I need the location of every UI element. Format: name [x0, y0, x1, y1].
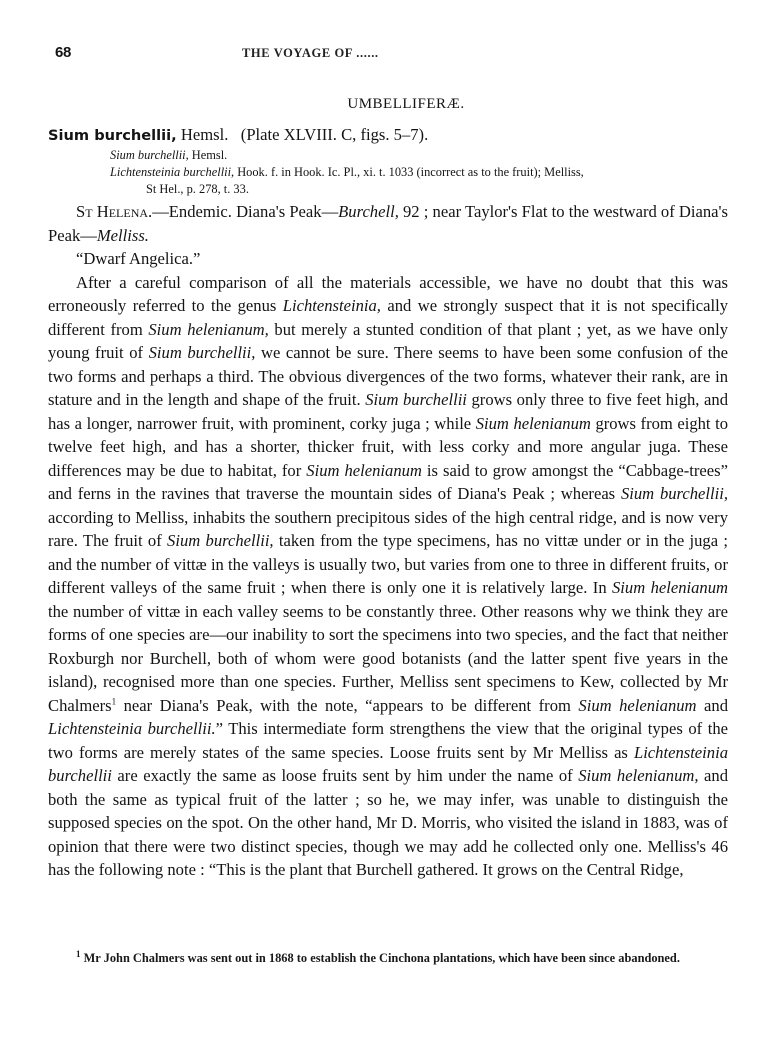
synonym-item: Sium burchellii, Hemsl. — [110, 147, 728, 164]
synonym-citation: Hook. f. in Hook. Ic. Pl., xi. t. 1033 (… — [234, 165, 584, 179]
common-name: “Dwarf Angelica.” — [48, 247, 728, 271]
taxon-name: Sium burchellii, — [149, 343, 256, 362]
species-authority: Hemsl. — [177, 125, 229, 144]
plate-reference: (Plate XLVIII. C, figs. 5–7). — [241, 125, 428, 144]
taxon-name: Sium helenianum — [578, 696, 696, 715]
locality-paragraph: St Helena.—Endemic. Diana's Peak—Burchel… — [48, 200, 728, 247]
synonym-name: Lichtensteinia burchellii, — [110, 165, 234, 179]
section-title: UMBELLIFERÆ. — [0, 96, 776, 113]
taxon-name: Lichtensteinia burchellii. — [48, 719, 216, 738]
synonym-citation-continued: St Hel., p. 278, t. 33. — [110, 181, 728, 198]
page-header: 68 THE VOYAGE OF ...... — [0, 44, 776, 64]
species-heading: Sium burchellii, Hemsl. (Plate XLVIII. C… — [48, 124, 728, 147]
discussion-paragraph: After a careful comparison of all the ma… — [48, 271, 728, 882]
page-number: 68 — [55, 44, 71, 61]
synonym-item: Lichtensteinia burchellii, Hook. f. in H… — [110, 164, 728, 181]
taxon-name: Sium helenianum, — [578, 766, 698, 785]
running-head: THE VOYAGE OF ...... — [242, 46, 379, 61]
taxon-name: Sium burchellii, — [621, 484, 728, 503]
taxon-name: Sium helenianum — [612, 578, 728, 597]
body-text: near Diana's Peak, with the note, “appea… — [116, 696, 578, 715]
locality-text: —Endemic. Diana's Peak— — [152, 202, 338, 221]
footnote-text: Mr John Chalmers was sent out in 1868 to… — [81, 951, 680, 965]
species-name: Sium burchellii, — [48, 127, 177, 144]
taxon-name: Sium helenianum — [306, 461, 422, 480]
synonym-list: Sium burchellii, Hemsl. Lichtensteinia b… — [110, 147, 728, 198]
synonym-name: Sium burchellii, — [110, 148, 189, 162]
taxon-name: Lichtensteinia, — [283, 296, 381, 315]
collector-name: Melliss. — [97, 226, 149, 245]
taxon-name: Sium helenianum, — [148, 320, 268, 339]
footnote: 1 Mr John Chalmers was sent out in 1868 … — [48, 949, 728, 967]
taxon-name: Sium burchellii, — [167, 531, 274, 550]
body-text: are exactly the same as loose fruits sen… — [112, 766, 578, 785]
page-body: Sium burchellii, Hemsl. (Plate XLVIII. C… — [48, 124, 728, 882]
taxon-name: Sium helenianum — [476, 414, 591, 433]
body-text: and — [697, 696, 728, 715]
taxon-name: Sium burchellii — [365, 390, 467, 409]
collector-name: Burchell, — [338, 202, 399, 221]
locality-place: St Helena. — [76, 202, 152, 221]
synonym-citation: Hemsl. — [189, 148, 228, 162]
